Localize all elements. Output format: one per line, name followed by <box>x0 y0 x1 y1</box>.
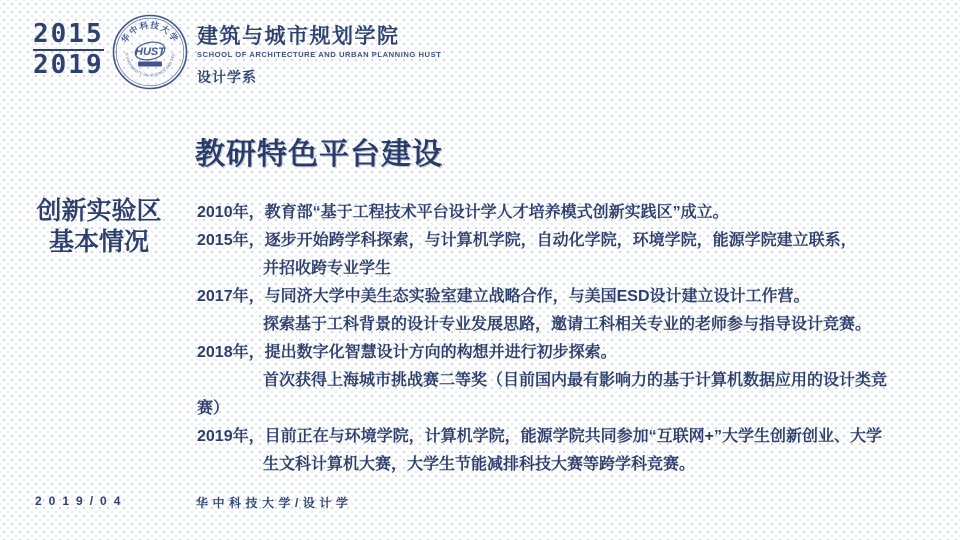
timeline-line: 首次获得上海城市挑战赛二等奖（目前国内最有影响力的基于计算机数据应用的设计类竞 <box>197 367 949 395</box>
year-top: 2015 <box>33 21 104 51</box>
timeline-line: 2010年，教育部“基于工程技术平台设计学人才培养模式创新实践区”成立。 <box>197 199 949 227</box>
anniversary-years: 2015 2019 <box>33 21 104 79</box>
timeline-line: 2017年，与同济大学中美生态实验室建立战略合作，与美国ESD设计建立设计工作营… <box>197 283 949 311</box>
department-name: 设计学系 <box>197 67 441 87</box>
footer-date: 2019/04 <box>35 494 127 508</box>
section-label-line1: 创新实验区 <box>18 196 180 227</box>
section-label-line2: 基本情况 <box>18 227 180 258</box>
timeline-line: 并招收跨专业学生 <box>197 255 949 283</box>
timeline-line: 2015年，逐步开始跨学科探索，与计算机学院，自动化学院，环境学院，能源学院建立… <box>197 227 949 255</box>
year-bottom: 2019 <box>33 52 104 79</box>
college-name-cn: 建筑与城市规划学院 <box>197 25 441 49</box>
section-label: 创新实验区 基本情况 <box>18 196 180 258</box>
timeline-line: 生文科计算机大赛，大学生节能减排科技大赛等跨学科竞赛。 <box>197 451 949 479</box>
timeline-line: 2019年，目前正在与环境学院，计算机学院，能源学院共同参加“互联网+”大学生创… <box>197 423 949 451</box>
college-header: 建筑与城市规划学院 SCHOOL OF ARCHITECTURE AND URB… <box>197 25 441 87</box>
footer-organization: 华中科技大学/设计学 <box>196 494 352 511</box>
seal-monogram: HUST <box>135 46 166 58</box>
presentation-slide: 2015 2019 华中科技大学 HUAZHONG UNIVERSITY OF … <box>0 0 960 540</box>
timeline-body: 2010年，教育部“基于工程技术平台设计学人才培养模式创新实践区”成立。2015… <box>197 199 949 479</box>
slide-title: 教研特色平台建设 <box>195 129 443 173</box>
timeline-line: 赛） <box>197 395 949 423</box>
college-name-en: SCHOOL OF ARCHITECTURE AND URBAN PLANNIN… <box>197 50 441 59</box>
university-seal-icon: 华中科技大学 HUAZHONG UNIVERSITY OF SCIENCE AN… <box>111 13 189 91</box>
timeline-line: 探索基于工科背景的设计专业发展思路，邀请工科相关专业的老师参与指导设计竞赛。 <box>197 311 949 339</box>
timeline-line: 2018年，提出数字化智慧设计方向的构想并进行初步探索。 <box>197 339 949 367</box>
